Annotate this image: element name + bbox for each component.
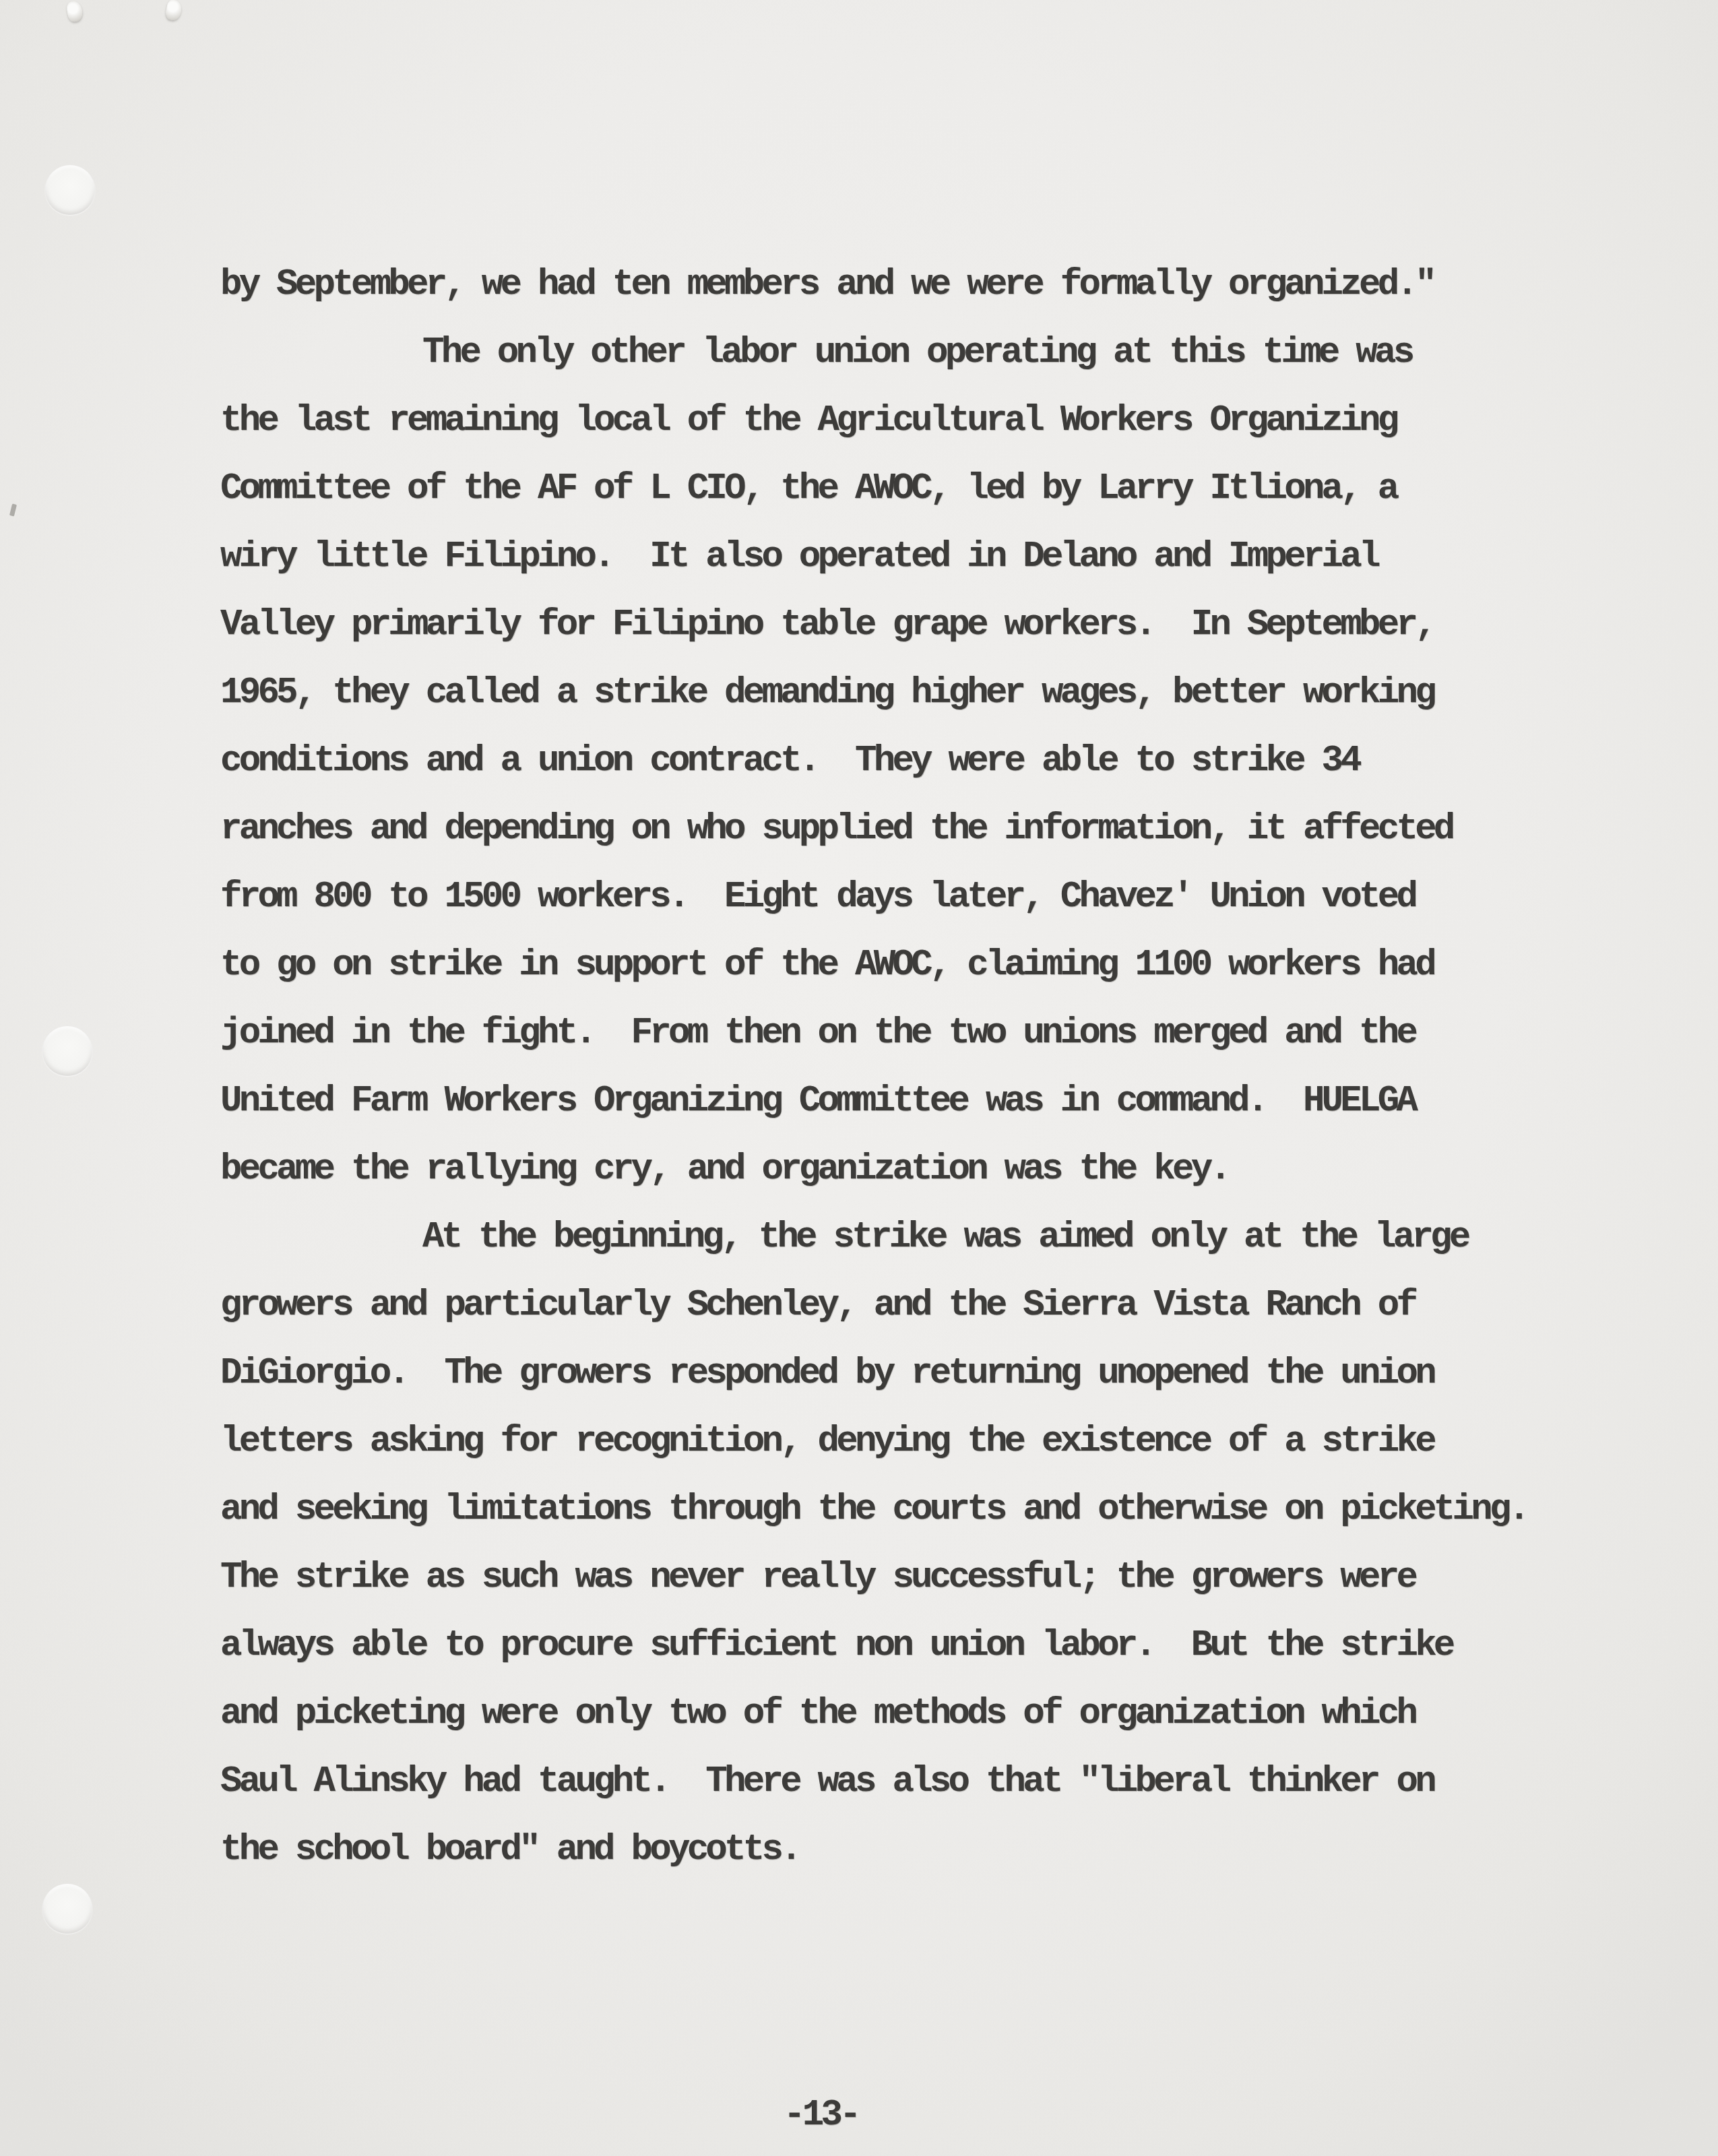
text-line: by September, we had ten members and we …	[220, 251, 1601, 319]
text-line: wiry little Filipino. It also operated i…	[220, 523, 1601, 591]
text-line: joined in the fight. From then on the tw…	[220, 999, 1601, 1067]
text-line: 1965, they called a strike demanding hig…	[220, 659, 1601, 727]
text-line: the last remaining local of the Agricult…	[220, 387, 1601, 455]
text-line: The strike as such was never really succ…	[220, 1544, 1601, 1612]
text-line: The only other labor union operating at …	[220, 319, 1601, 387]
punch-hole	[45, 165, 95, 215]
text-line: Valley primarily for Filipino table grap…	[220, 591, 1601, 659]
text-line: DiGiorgio. The growers responded by retu…	[220, 1339, 1601, 1407]
text-line: the school board" and boycotts.	[220, 1816, 1601, 1884]
text-line: and picketing were only two of the metho…	[220, 1680, 1601, 1748]
text-line: conditions and a union contract. They we…	[220, 727, 1601, 795]
text-line: always able to procure sufficient non un…	[220, 1612, 1601, 1680]
typed-text-block: by September, we had ten members and we …	[220, 251, 1601, 1884]
text-line: United Farm Workers Organizing Committee…	[220, 1067, 1601, 1135]
text-line: At the beginning, the strike was aimed o…	[220, 1203, 1601, 1271]
text-line: became the rallying cry, and organizatio…	[220, 1135, 1601, 1203]
text-line: from 800 to 1500 workers. Eight days lat…	[220, 863, 1601, 931]
text-line: Committee of the AF of L CIO, the AWOC, …	[220, 455, 1601, 523]
scan-artifact	[9, 503, 17, 516]
text-line: ranches and depending on who supplied th…	[220, 795, 1601, 863]
staple-mark	[66, 1, 84, 23]
punch-hole	[42, 1884, 92, 1934]
text-line: growers and particularly Schenley, and t…	[220, 1271, 1601, 1339]
text-line: to go on strike in support of the AWOC, …	[220, 931, 1601, 999]
punch-hole	[42, 1026, 92, 1076]
page-number: -13-	[784, 2081, 858, 2149]
staple-mark	[165, 0, 183, 22]
scanned-page: by September, we had ten members and we …	[0, 0, 1718, 2156]
text-line: and seeking limitations through the cour…	[220, 1476, 1601, 1544]
text-line: Saul Alinsky had taught. There was also …	[220, 1748, 1601, 1816]
text-line: letters asking for recognition, denying …	[220, 1407, 1601, 1476]
